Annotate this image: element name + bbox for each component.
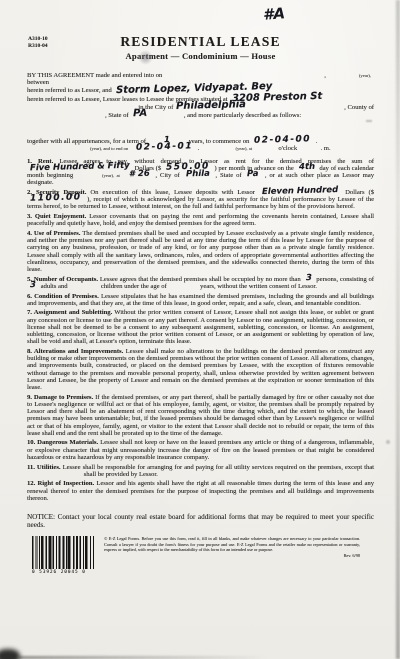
handwritten-occupants-total: 3: [305, 275, 311, 282]
form-numbers: A310-10 R310-04: [28, 36, 48, 50]
clause-title: 12. Right of Inspection.: [27, 480, 94, 487]
handwritten-commence-date: 02-04-00: [254, 136, 311, 145]
footer: 0 53926 20045 0 © E-Z Legal Forms. Befor…: [27, 536, 374, 575]
clause-text: adults and: [41, 283, 68, 290]
clause-title: 6. Condition of Premises.: [27, 293, 99, 300]
lease-document-page: #A A310-10 R310-04 RESIDENTIAL LEASE Apa…: [0, 0, 400, 659]
intro-text: , and more particularly described as fol…: [184, 112, 301, 119]
scan-smudge-bottom-left: [0, 649, 20, 659]
clause-title: 3. Quiet Enjoyment.: [27, 213, 86, 220]
handwritten-deposit-amount: 1100.00: [30, 194, 82, 203]
notice-label: NOTICE:: [27, 513, 55, 521]
notice-text: Contact your local county real estate bo…: [27, 513, 374, 529]
revision-label: Rev. 6/98: [104, 553, 360, 558]
clause-title: 5. Number of Occupants.: [27, 276, 98, 283]
clause-title: 11. Utilities.: [27, 464, 61, 471]
intro-text: herein referred to as Lessor, and: [27, 87, 112, 94]
handwritten-occupants-adults: 3: [30, 282, 36, 289]
handwritten-state: PA: [133, 110, 147, 118]
term-text: .: [316, 138, 318, 145]
clause-8-alterations-improvements: 8. Alterations and Improvements. Lessee …: [27, 348, 374, 391]
clause-6-condition-of-premises: 6. Condition of Premises. Lessee stipula…: [27, 293, 374, 307]
clause-body: Lessee shall make no alterations to the …: [27, 348, 374, 391]
intro-text: , County of: [344, 104, 374, 111]
intro-comma: ,: [324, 72, 326, 79]
disclaimer-text: © E-Z Legal Forms. Before you use this f…: [104, 536, 360, 552]
scan-edge-shadow: [396, 0, 400, 659]
document-header: A310-10 R310-04 RESIDENTIAL LEASE Apartm…: [27, 34, 374, 72]
clause-1-rent: 1. Rent. Lessee agrees to pay, without d…: [27, 158, 374, 187]
document-title: RESIDENTIAL LEASE: [27, 34, 374, 50]
year-hint-label: (year), and to end on: [90, 146, 128, 151]
handwritten-city: Philadelphia: [176, 101, 246, 110]
clause-text: persons, consisting of: [316, 276, 374, 283]
year-hint-label: (year), at: [235, 146, 252, 151]
intro-text: , State of: [105, 112, 129, 119]
handwritten-rent-place: # 26: [129, 171, 150, 179]
clause-text: shall be provided by Lessor.: [84, 471, 158, 478]
clause-body: If the demised premises, or any part the…: [27, 394, 374, 437]
handwritten-deposit-words: Eleven Hundred: [262, 187, 338, 196]
clause-2-security-deposit: 2. Security Deposit. On execution of thi…: [27, 189, 374, 211]
term-text: years, to commence on: [189, 138, 250, 145]
clause-text: Lessee shall be responsible for arrangin…: [63, 464, 374, 471]
clause-text: On execution of this lease, Lessee depos…: [90, 189, 255, 196]
clause-body: The demised premises shall be used and o…: [27, 230, 374, 273]
intro-text: BY THIS AGREEMENT made and entered into …: [27, 72, 162, 79]
handwritten-rent-words: Five Hundred & Fifty: [30, 163, 130, 173]
scan-speck: [366, 120, 372, 122]
clause-12-right-of-inspection: 12. Right of Inspection. Lessor and his …: [27, 480, 374, 502]
clause-10-dangerous-materials: 10. Dangerous Materials. Lessee shall no…: [27, 439, 374, 461]
lease-clauses: 1. Rent. Lessee agrees to pay, without d…: [27, 158, 374, 502]
notice-paragraph: NOTICE: Contact your local county real e…: [27, 513, 374, 529]
clause-7-assignment-subletting: 7. Assignment and Subletting. Without th…: [27, 309, 374, 345]
scan-speck: [386, 440, 390, 444]
form-number-1: A310-10: [28, 36, 48, 43]
document-subtitle: Apartment — Condominium — House: [27, 51, 374, 61]
clause-text: years, without the written consent of Le…: [200, 283, 317, 290]
publisher-disclaimer: © E-Z Legal Forms. Before you use this f…: [104, 536, 374, 575]
year-hint-label: (year),: [359, 72, 371, 79]
stamp-smudge-artifact: [138, 50, 153, 65]
clause-title: 10. Dangerous Materials.: [27, 439, 98, 446]
clause-4-use-of-premises: 4. Use of Premises. The demised premises…: [27, 230, 374, 273]
clause-title: 4. Use of Premises.: [27, 230, 80, 237]
barcode-image: [32, 536, 94, 569]
form-number-2: R310-04: [28, 43, 48, 50]
term-text: o'clock: [278, 145, 297, 152]
property-description-blank: [27, 119, 374, 134]
clause-title: 8. Alterations and Improvements.: [27, 348, 123, 355]
clause-text: children under the age of: [101, 283, 167, 290]
clause-text: , State of: [215, 172, 241, 179]
clause-3-quiet-enjoyment: 3. Quiet Enjoyment. Lessor covenants tha…: [27, 213, 374, 227]
barcode-digits: 0 53926 20045 0: [32, 570, 104, 575]
handwritten-rent-state: Pa: [247, 171, 259, 178]
clause-5-number-of-occupants: 5. Number of Occupants. Lessee agrees th…: [27, 276, 374, 290]
term-text: together with all appurtenances, for a t…: [27, 138, 146, 145]
clause-text: Lessee agrees that the demised premises …: [100, 276, 301, 283]
year-hint-label: (year), at: [102, 173, 120, 178]
handwritten-rent-day: 4th: [298, 164, 314, 172]
clause-title: 7. Assignment and Subletting.: [27, 309, 112, 316]
clause-title: 9. Damage to Premises.: [27, 394, 93, 401]
term-text: .: [198, 145, 200, 152]
agreement-intro: BY THIS AGREEMENT made and entered into …: [27, 72, 374, 119]
barcode-block: 0 53926 20045 0: [32, 536, 104, 575]
clause-11-utilities: 11. Utilities. Lessee shall be responsib…: [27, 464, 374, 478]
clause-text: Dollars ($: [345, 189, 374, 196]
clause-9-damage-to-premises: 9. Damage to Premises. If the demised pr…: [27, 394, 374, 437]
handwritten-end-date: 02-04-01: [136, 144, 193, 153]
lease-term-section: together with all appurtenances, for a t…: [27, 138, 374, 152]
clause-text: , City of: [155, 172, 179, 179]
handwritten-rent-city: Phila: [186, 171, 210, 179]
term-text: . m.: [320, 145, 330, 152]
